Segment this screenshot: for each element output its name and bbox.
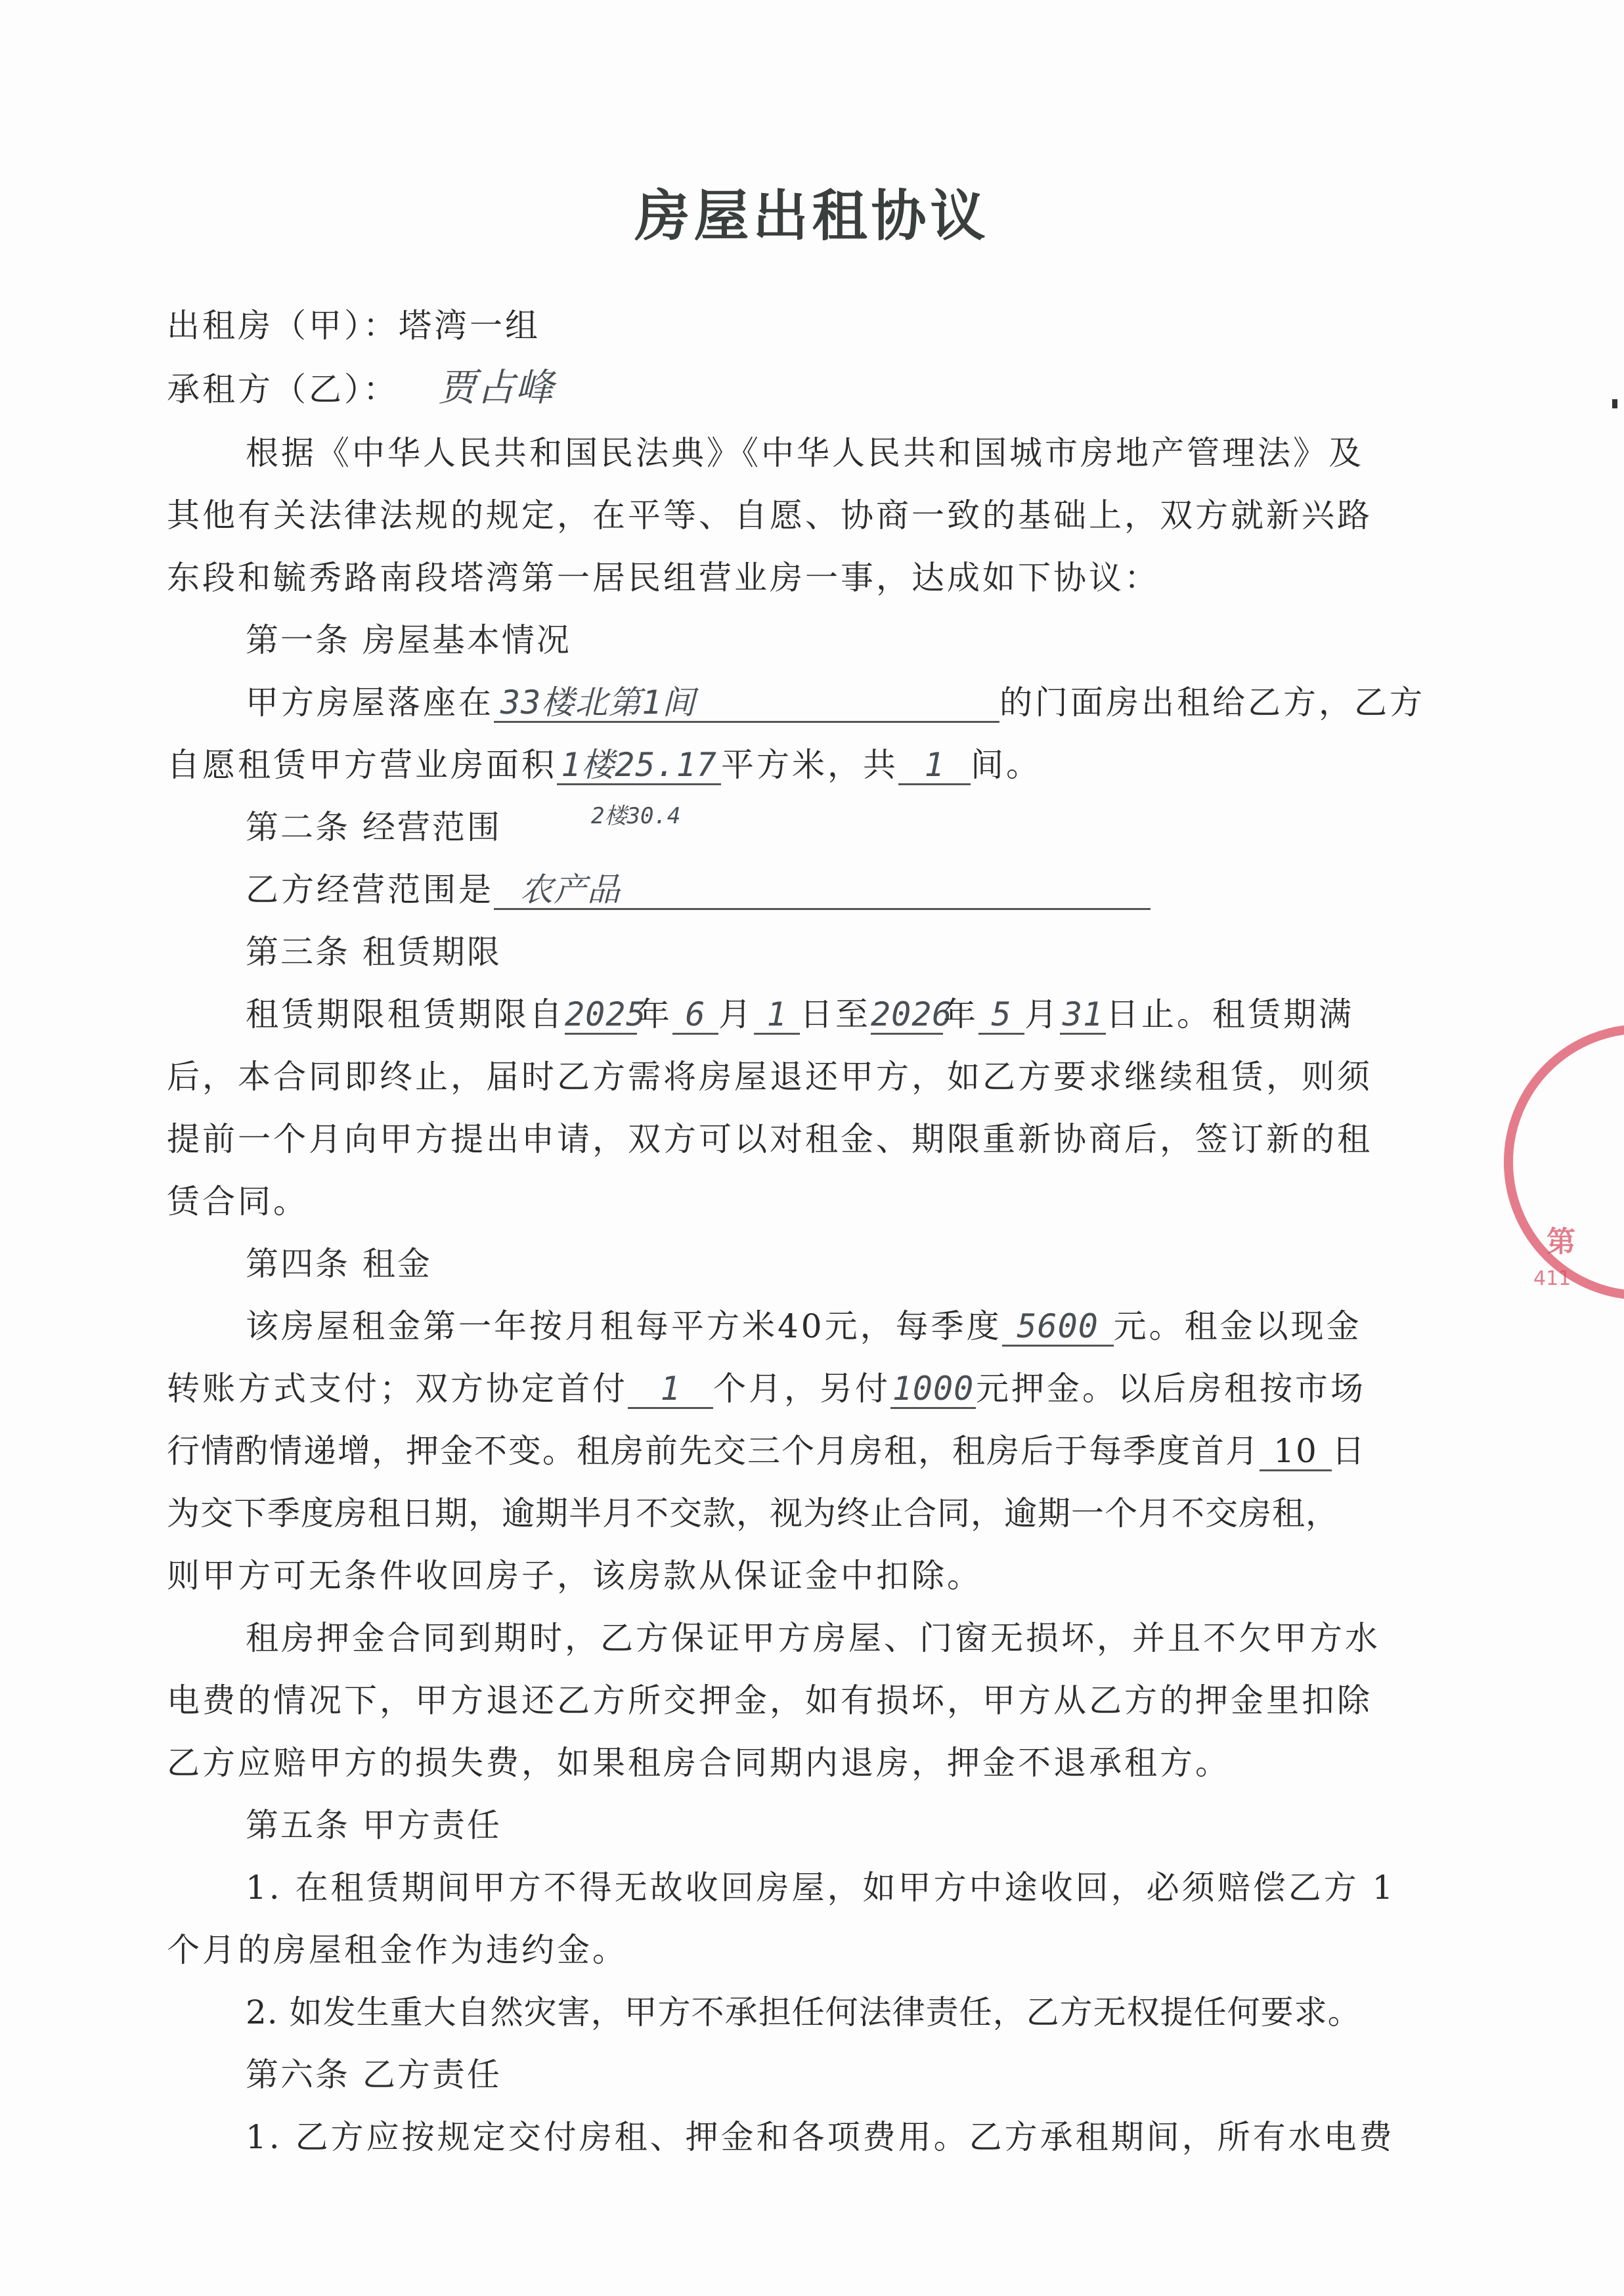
scope-field: 农产品 [494, 871, 1151, 910]
lessee-signature: 贾占峰 [438, 365, 554, 410]
article-5-heading: 第五条 甲方责任 [246, 1806, 1533, 1845]
article-4-line-4: 为交下季度房租日期，逾期半月不交款，视为终止合同，逾期一个月不交房租， [167, 1494, 1454, 1533]
location-label: 甲方房屋落座在 [246, 683, 494, 722]
first-pay-label: 转账方式支付；双方协定首付 [167, 1370, 628, 1408]
lessee-line: 承租方（乙）： 贾占峰 [167, 368, 1454, 409]
seal-code: 411 [1533, 1267, 1571, 1290]
article-6-item-1: 1. 乙方应按规定交付房租、押金和各项费用。乙方承租期间，所有水电费 [246, 2117, 1533, 2157]
article-4-line-1: 该房屋租金第一年按月租每平方米40元，每季度5600元。租金以现金 [246, 1307, 1533, 1347]
lessee-label: 承租方（乙）： [167, 370, 399, 408]
year-label: 年 [637, 995, 672, 1033]
article-1-line-2: 自愿租赁甲方营业房面积1楼25.17平方米，共1间。 [167, 745, 1454, 785]
rent-suffix: 元。租金以现金 [1114, 1307, 1362, 1345]
article-4-heading: 第四条 租金 [246, 1244, 1533, 1284]
seal-char: 第 [1547, 1218, 1575, 1260]
rooms-field: 1 [898, 747, 971, 785]
article-3-line-4: 赁合同。 [167, 1182, 1454, 1221]
area-unit: 平方米，共 [721, 746, 898, 784]
quarterly-rent-field: 5600 [1002, 1308, 1114, 1347]
article-3-line-1: 租赁期限租赁期限自2025年6月1日至2026年5月31日止。租赁期满 [246, 995, 1533, 1035]
day-to-label: 日至 [800, 995, 871, 1033]
lessor-label: 出租房（甲）： [167, 307, 399, 345]
due-day-suffix: 日 [1332, 1432, 1366, 1470]
preamble-line-2: 其他有关法律法规的规定，在平等、自愿、协商一致的基础上，双方就新兴路 [167, 496, 1454, 535]
article-2-heading: 第二条 经营范围 [246, 808, 1533, 847]
area-field: 1楼25.17 [557, 747, 721, 785]
start-day-field: 1 [754, 996, 800, 1035]
article-2-line: 乙方经营范围是农产品 [246, 870, 1533, 910]
first-pay-field: 1 [628, 1370, 713, 1409]
end-year-field: 2026 [871, 996, 943, 1035]
deposit-suffix: 元押金。以后房租按市场 [976, 1370, 1366, 1408]
area-label: 自愿租赁甲方营业房面积 [167, 746, 557, 784]
article-1-heading: 第一条 房屋基本情况 [246, 620, 1533, 660]
location-suffix: 的门面房出租给乙方，乙方 [999, 683, 1425, 722]
article-4-p2-line-1: 租房押金合同到期时，乙方保证甲方房屋、门窗无损坏，并且不欠甲方水 [246, 1618, 1533, 1658]
end-day-field: 31 [1060, 996, 1106, 1035]
preamble-line-3: 东段和毓秀路南段塔湾第一居民组营业房一事，达成如下协议： [167, 558, 1454, 597]
document-page: 房屋出租协议 出租房（甲）：塔湾一组 承租方（乙）： 贾占峰 根据《中华人民共和… [0, 0, 1624, 2296]
preamble-line-1: 根据《中华人民共和国民法典》《中华人民共和国城市房地产管理法》及 [246, 433, 1533, 473]
article-3-heading: 第三条 租赁期限 [246, 932, 1533, 972]
article-4-line-5: 则甲方可无条件收回房子，该房款从保证金中扣除。 [167, 1556, 1454, 1595]
rent-label: 该房屋租金第一年按月租每平方米40元，每季度 [246, 1307, 1002, 1345]
article-6-heading: 第六条 乙方责任 [246, 2055, 1533, 2094]
term-label: 租赁期限租赁期限自 [246, 995, 565, 1033]
lessor-line: 出租房（甲）：塔湾一组 [167, 306, 1454, 345]
start-month-field: 6 [672, 996, 718, 1035]
article-4-p2-line-2: 电费的情况下，甲方退还乙方所交押金，如有损坏，甲方从乙方的押金里扣除 [167, 1681, 1454, 1720]
lessor-value: 塔湾一组 [399, 307, 540, 345]
article-3-line-2: 后，本合同即终止，届时乙方需将房屋退还甲方，如乙方要求继续租赁，则须 [167, 1057, 1454, 1096]
article-4-line-3: 行情酌情递增，押金不变。租房前先交三个月房租，租房后于每季度首月10日 [167, 1431, 1454, 1471]
month-label: 月 [718, 995, 754, 1033]
due-day-label: 行情酌情递增，押金不变。租房前先交三个月房租，租房后于每季度首月 [167, 1432, 1260, 1470]
start-year-field: 2025 [565, 996, 637, 1035]
term-suffix: 日止。租赁期满 [1106, 995, 1354, 1033]
article-4-line-2: 转账方式支付；双方协定首付1个月，另付1000元押金。以后房租按市场 [167, 1369, 1454, 1409]
year-label: 年 [943, 995, 978, 1033]
article-4-p2-line-3: 乙方应赔甲方的损失费，如果租房合同期内退房，押金不退承租方。 [167, 1743, 1454, 1783]
article-5-item-1-line-2: 个月的房屋租金作为违约金。 [167, 1930, 1454, 1970]
deposit-label: 个月，另付 [713, 1370, 890, 1408]
article-1-line-1: 甲方房屋落座在33楼北第1间的门面房出租给乙方，乙方 [246, 683, 1533, 723]
article-5-item-2: 2. 如发生重大自然灾害，甲方不承担任何法律责任，乙方无权提任何要求。 [246, 1993, 1533, 2032]
scan-mark [1612, 399, 1617, 408]
month-label: 月 [1024, 995, 1060, 1033]
deposit-field: 1000 [890, 1370, 976, 1409]
article-5-item-1-line-1: 1. 在租赁期间甲方不得无故收回房屋，如甲方中途收回，必须赔偿乙方 1 [246, 1868, 1533, 1907]
location-field: 33楼北第1间 [494, 684, 999, 723]
rooms-suffix: 间。 [971, 746, 1042, 784]
due-day-field: 10 [1260, 1433, 1332, 1471]
article-3-line-3: 提前一个月向甲方提出申请，双方可以对租金、期限重新协商后，签订新的租 [167, 1119, 1454, 1159]
document-title: 房屋出租协议 [0, 172, 1624, 251]
end-month-field: 5 [978, 996, 1024, 1035]
scope-label: 乙方经营范围是 [246, 871, 494, 909]
